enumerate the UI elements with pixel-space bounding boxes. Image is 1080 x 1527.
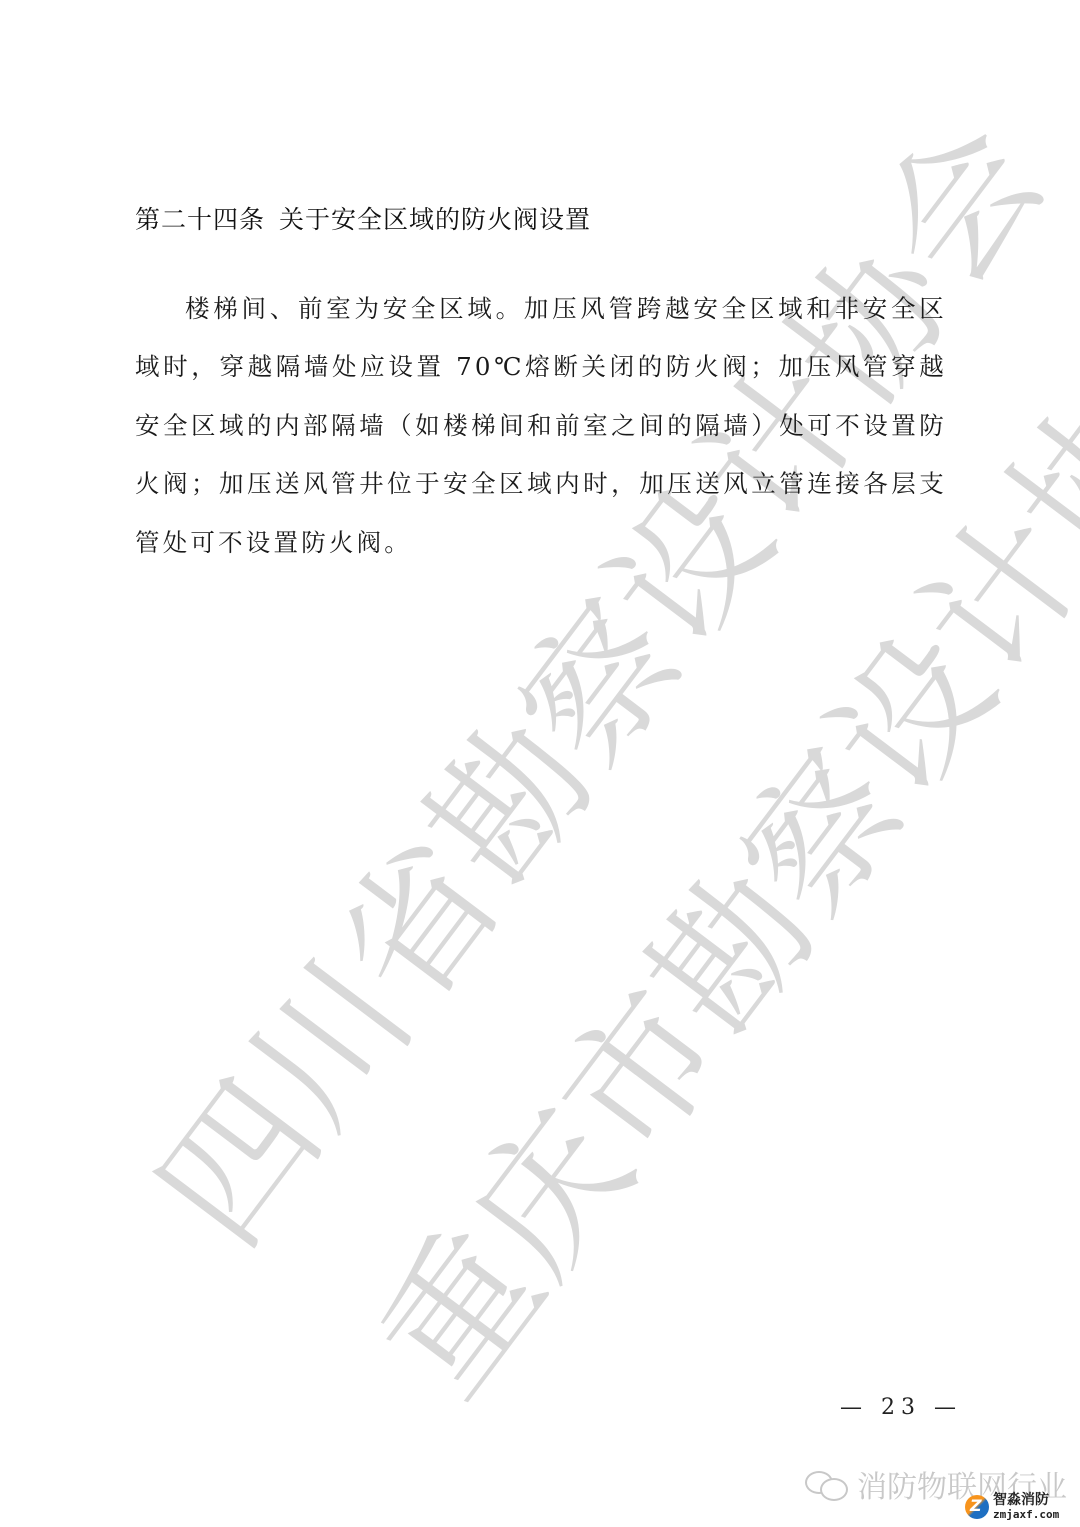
site-logo: 智淼消防 zmjaxf.com xyxy=(965,1493,1059,1520)
article-body: 楼梯间、前室为安全区域。加压风管跨越安全区域和非安全区域时，穿越隔墙处应设置 7… xyxy=(135,280,947,573)
document-page: 四川省勘察设计协会 重庆市勘察设计协会 第二十四条关于安全区域的防火阀设置 楼梯… xyxy=(0,0,1080,1527)
article-heading: 第二十四条关于安全区域的防火阀设置 xyxy=(135,200,591,236)
logo-name: 智淼消防 xyxy=(993,1493,1059,1507)
logo-icon xyxy=(965,1495,989,1519)
article-title-text: 关于安全区域的防火阀设置 xyxy=(279,205,591,234)
article-number: 第二十四条 xyxy=(135,205,265,234)
page-number: — 23 — xyxy=(840,1395,962,1420)
wechat-icon xyxy=(805,1469,849,1499)
logo-url: zmjaxf.com xyxy=(993,1509,1059,1520)
